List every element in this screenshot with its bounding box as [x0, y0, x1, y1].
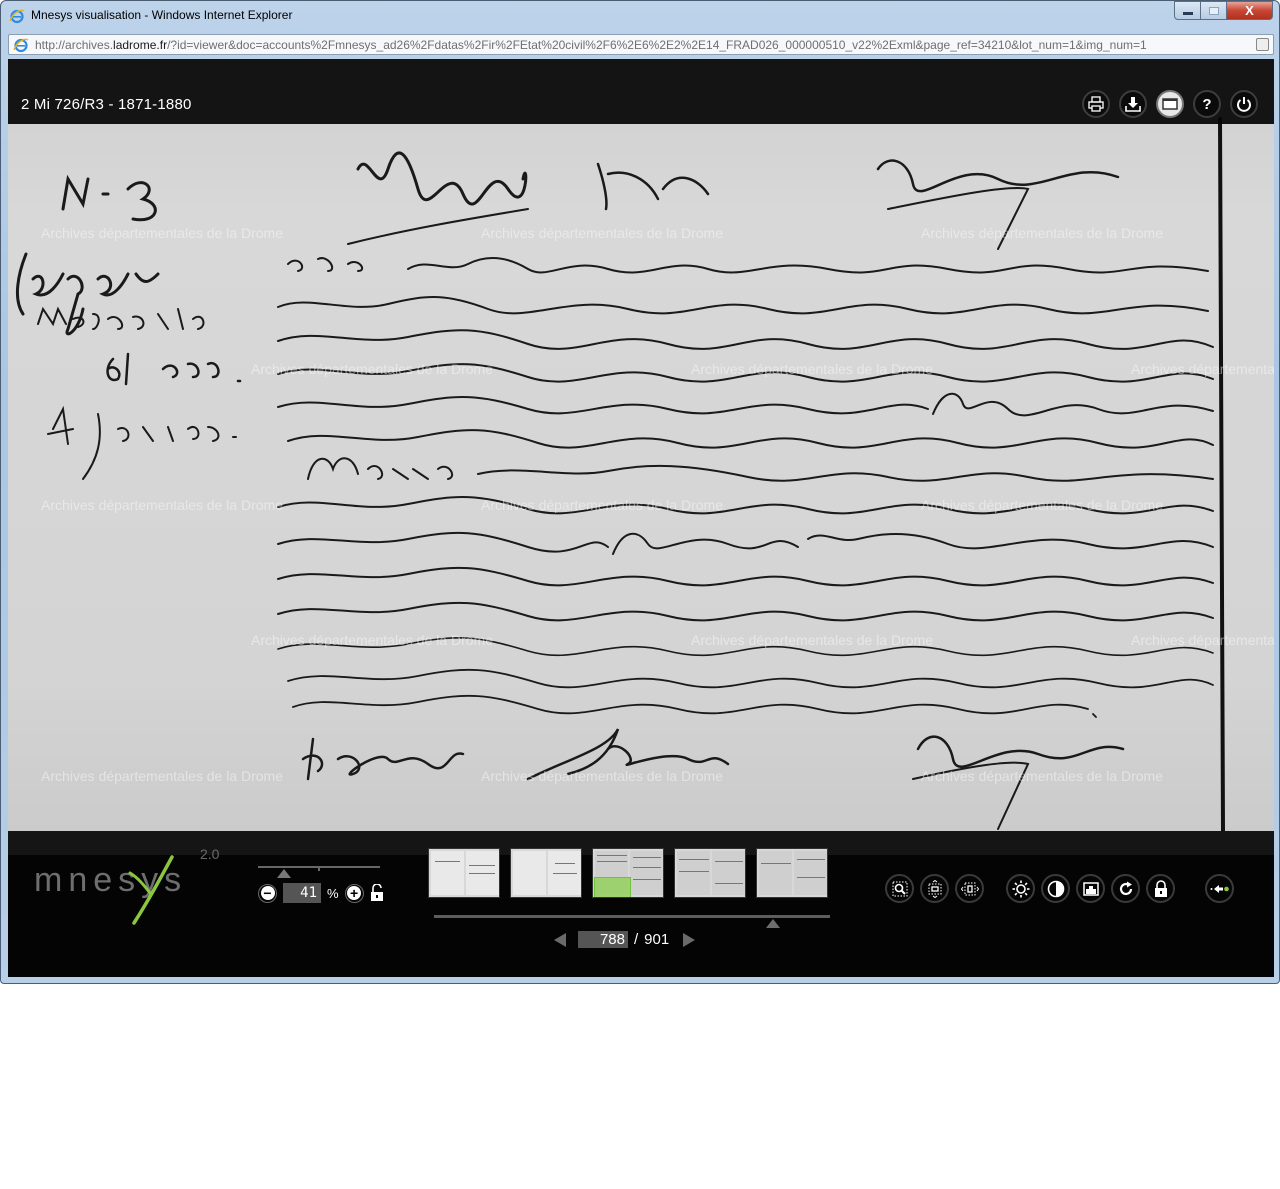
url-domain: ladrome.fr	[113, 38, 167, 52]
watermark: Archives départementales de la Drome	[921, 768, 1163, 784]
ie-logo-icon	[9, 8, 25, 24]
minus-icon: −	[261, 886, 275, 900]
image-icon	[1083, 881, 1099, 897]
watermark: Archives départementales de la Drome	[921, 497, 1163, 513]
title-bar: Mnesys visualisation - Windows Internet …	[1, 1, 1279, 31]
window-title: Mnesys visualisation - Windows Internet …	[31, 8, 292, 22]
handwritten-scan	[8, 59, 1274, 831]
version-label: 2.0	[200, 846, 219, 862]
zoom-area-icon	[892, 881, 908, 897]
watermark: Archives départementales de la Drome	[481, 768, 723, 784]
invert-button[interactable]	[1076, 874, 1105, 903]
download-icon	[1125, 96, 1141, 112]
power-button[interactable]	[1230, 90, 1258, 118]
top-toolbar: ?	[1082, 90, 1258, 118]
watermark: Archives départementales de la Drome	[1131, 361, 1274, 377]
back-button[interactable]	[1205, 874, 1234, 903]
window-icon	[1162, 97, 1178, 111]
image-tools	[885, 874, 1234, 903]
brightness-button[interactable]	[1006, 874, 1035, 903]
watermark: Archives départementales de la Drome	[41, 768, 283, 784]
thumbnail-3[interactable]	[592, 848, 664, 898]
fullscreen-button[interactable]	[1156, 90, 1184, 118]
printer-icon	[1088, 96, 1104, 112]
watermark: Archives départementales de la Drome	[41, 225, 283, 241]
contrast-icon	[1047, 880, 1065, 898]
watermark: Archives départementales de la Drome	[251, 361, 493, 377]
watermark: Archives départementales de la Drome	[481, 497, 723, 513]
fit-height-icon	[927, 880, 943, 898]
thumbnail-2[interactable]	[510, 848, 582, 898]
maximize-button[interactable]	[1201, 1, 1227, 20]
mnesys-viewer: Archives départementales de la Drome Arc…	[8, 59, 1274, 977]
zoom-unit: %	[327, 886, 339, 901]
url-prefix: http://archives.	[35, 38, 113, 52]
zoom-out-button[interactable]: −	[258, 884, 277, 903]
zoom-slider-thumb[interactable]	[277, 869, 291, 878]
fit-width-button[interactable]	[955, 874, 984, 903]
unlock-icon[interactable]	[370, 884, 384, 902]
document-title: 2 Mi 726/R3 - 1871-1880	[21, 96, 192, 113]
zoom-in-button[interactable]: +	[345, 884, 364, 903]
mnesys-logo: mnesys	[34, 861, 194, 931]
compatibility-view-icon[interactable]	[1256, 38, 1269, 51]
logo-y-mark-icon	[122, 855, 182, 925]
close-button[interactable]: X	[1227, 1, 1273, 20]
page-separator: /	[634, 931, 638, 948]
minimize-button[interactable]	[1174, 1, 1201, 20]
back-arrow-icon	[1210, 883, 1230, 895]
page-total: 901	[644, 931, 669, 948]
thumbnail-strip	[428, 848, 828, 898]
previous-page-icon[interactable]	[554, 933, 566, 947]
url-path: /?id=viewer&doc=accounts%2Fmnesys_ad26%2…	[167, 38, 1147, 52]
fit-height-button[interactable]	[920, 874, 949, 903]
help-button[interactable]: ?	[1193, 90, 1221, 118]
pager: 788 / 901	[554, 931, 695, 948]
watermark: Archives départementales de la Drome	[691, 361, 933, 377]
thumbnail-5[interactable]	[756, 848, 828, 898]
power-icon	[1236, 96, 1252, 112]
thumbnail-4[interactable]	[674, 848, 746, 898]
url-text[interactable]: http://archives.ladrome.fr/?id=viewer&do…	[35, 38, 1147, 52]
lock-icon	[1154, 880, 1168, 898]
zoom-slider-tick	[318, 866, 320, 871]
rotate-button[interactable]	[1111, 874, 1140, 903]
viewer-top-bar: 2 Mi 726/R3 - 1871-1880	[8, 59, 1274, 124]
document-image[interactable]: Archives départementales de la Drome Arc…	[8, 59, 1274, 831]
close-icon: X	[1245, 3, 1254, 18]
zoom-input[interactable]: 41	[283, 883, 321, 903]
watermark: Archives départementales de la Drome	[921, 225, 1163, 241]
brightness-icon	[1012, 880, 1030, 898]
help-icon: ?	[1202, 96, 1211, 113]
zoom-area-button[interactable]	[885, 874, 914, 903]
zoom-control: − 41 % +	[258, 861, 388, 911]
rotate-icon	[1118, 881, 1134, 897]
maximize-icon	[1209, 7, 1219, 15]
address-bar[interactable]: http://archives.ladrome.fr/?id=viewer&do…	[8, 34, 1274, 55]
watermark: Archives départementales de la Drome	[1131, 632, 1274, 648]
window-controls: X	[1174, 1, 1273, 20]
fit-width-icon	[961, 881, 979, 897]
lock-button[interactable]	[1146, 874, 1175, 903]
plus-icon: +	[347, 886, 361, 900]
page-slider-thumb[interactable]	[766, 919, 780, 928]
browser-window: Mnesys visualisation - Windows Internet …	[0, 0, 1280, 984]
minimize-icon	[1183, 12, 1193, 15]
page-number-input[interactable]: 788	[578, 931, 628, 948]
page-slider-track[interactable]	[434, 915, 830, 918]
watermark: Archives départementales de la Drome	[691, 632, 933, 648]
download-button[interactable]	[1119, 90, 1147, 118]
viewer-bottom-bar: mnesys 2.0 − 41 % +	[8, 831, 1274, 977]
watermark: Archives départementales de la Drome	[251, 632, 493, 648]
watermark: Archives départementales de la Drome	[481, 225, 723, 241]
current-view-highlight[interactable]	[594, 877, 631, 898]
page-favicon-icon	[13, 37, 29, 53]
contrast-button[interactable]	[1041, 874, 1070, 903]
thumbnail-1[interactable]	[428, 848, 500, 898]
print-button[interactable]	[1082, 90, 1110, 118]
watermark: Archives départementales de la Drome	[41, 497, 283, 513]
next-page-icon[interactable]	[683, 933, 695, 947]
zoom-row: − 41 % +	[258, 883, 384, 903]
